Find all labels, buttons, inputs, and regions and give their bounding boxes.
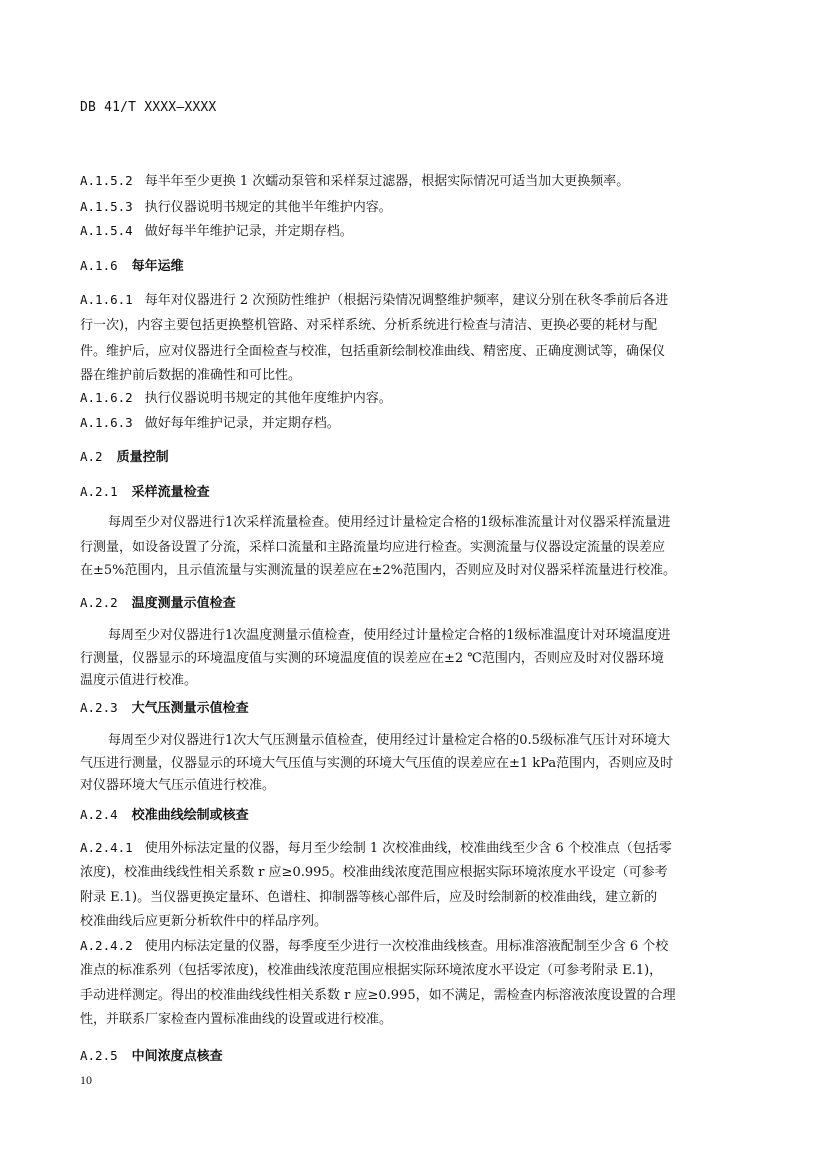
paragraph-line: 校准曲线后应更新分析软件中的样品序列。 bbox=[80, 914, 327, 930]
paragraph-line: A.1.5.2每半年至少更换 1 次蠕动泵管和采样泵过滤器，根据实际情况可适当加… bbox=[80, 173, 629, 190]
line-text: 准点的标准系列（包括零浓度)，校准曲线浓度范围应根据实际环境浓度水平设定（可参考… bbox=[80, 963, 662, 978]
line-text: 器在维护前后数据的准确性和可比性。 bbox=[80, 368, 301, 383]
section-heading: A.2.3大气压测量示值检查 bbox=[80, 700, 249, 717]
paragraph-line: 浓度)，校准曲线线性相关系数 r 应≥0.995。校准曲线浓度范围应根据实际环境… bbox=[80, 865, 668, 881]
clause-number: A.2.4.1 bbox=[80, 840, 133, 855]
paragraph-line: A.1.6.3做好每年维护记录，并定期存档。 bbox=[80, 415, 340, 432]
paragraph-line: A.1.5.3执行仪器说明书规定的其他半年维护内容。 bbox=[80, 199, 392, 216]
section-heading: A.2.2温度测量示值检查 bbox=[80, 595, 236, 612]
paragraph-line: 温度示值进行校准。 bbox=[80, 673, 197, 689]
line-text: 做好每半年维护记录，并定期存档。 bbox=[145, 224, 353, 239]
clause-number: A.2.1 bbox=[80, 484, 118, 499]
heading-text: 大气压测量示值检查 bbox=[132, 701, 249, 716]
paragraph-line: 每周至少对仪器进行1次温度测量示值检查，使用经过计量检定合格的1级标准温度计对环… bbox=[108, 628, 671, 644]
heading-text: 每年运维 bbox=[132, 259, 184, 274]
clause-number: A.1.6.1 bbox=[80, 292, 133, 307]
line-text: 附录 E.1)。当仪器更换定量环、色谱柱、抑制器等核心部件后，应及时绘制新的校准… bbox=[80, 890, 657, 905]
paragraph-line: 每周至少对仪器进行1次采样流量检查。使用经过计量检定合格的1级标准流量计对仪器采… bbox=[108, 515, 671, 531]
section-heading: A.1.6每年运维 bbox=[80, 258, 184, 275]
line-text: 做好每年维护记录，并定期存档。 bbox=[145, 416, 340, 431]
paragraph-line: 准点的标准系列（包括零浓度)，校准曲线浓度范围应根据实际环境浓度水平设定（可参考… bbox=[80, 963, 662, 979]
paragraph-line: A.2.4.1使用外标法定量的仪器，每月至少绘制 1 次校准曲线，校准曲线至少含… bbox=[80, 840, 672, 857]
clause-number: A.1.6.2 bbox=[80, 390, 133, 405]
line-text: 每年对仪器进行 2 次预防性维护（根据污染情况调整维护频率，建议分别在秋冬季前后… bbox=[145, 293, 669, 308]
line-text: 行一次)，内容主要包括更换整机管路、对采样系统、分析系统进行检查与清洁、更换必要… bbox=[80, 318, 657, 333]
paragraph-line: 行测量，如设备设置了分流，采样口流量和主路流量均应进行检查。实测流量与仪器设定流… bbox=[80, 540, 665, 556]
paragraph-line: A.1.6.2执行仪器说明书规定的其他年度维护内容。 bbox=[80, 390, 392, 407]
paragraph-line: 器在维护前后数据的准确性和可比性。 bbox=[80, 368, 301, 384]
paragraph-line: 行测量，仪器显示的环境温度值与实测的环境温度值的误差应在±2 ℃范围内，否则应及… bbox=[80, 651, 664, 667]
paragraph-line: A.1.5.4做好每半年维护记录，并定期存档。 bbox=[80, 223, 353, 240]
clause-number: A.1.6 bbox=[80, 258, 118, 273]
line-text: 使用外标法定量的仪器，每月至少绘制 1 次校准曲线，校准曲线至少含 6 个校准点… bbox=[145, 841, 672, 856]
line-text: 性，并联系厂家检查内置标准曲线的设置或进行校准。 bbox=[80, 1012, 392, 1027]
heading-text: 温度测量示值检查 bbox=[132, 596, 236, 611]
paragraph-line: 对仪器环境大气压示值进行校准。 bbox=[80, 778, 275, 794]
line-text: 行测量，如设备设置了分流，采样口流量和主路流量均应进行检查。实测流量与仪器设定流… bbox=[80, 540, 665, 555]
clause-number: A.2.3 bbox=[80, 700, 118, 715]
section-heading: A.2.1采样流量检查 bbox=[80, 484, 210, 501]
paragraph-line: 件。维护后，应对仪器进行全面检查与校准，包括重新绘制校准曲线、精密度、正确度测试… bbox=[80, 344, 665, 360]
line-text: 手动进样测定。得出的校准曲线线性相关系数 r 应≥0.995，如不满足，需检查内… bbox=[80, 988, 676, 1003]
line-text: 执行仪器说明书规定的其他半年维护内容。 bbox=[145, 200, 392, 215]
line-text: 每半年至少更换 1 次蠕动泵管和采样泵过滤器，根据实际情况可适当加大更换频率。 bbox=[145, 174, 630, 189]
clause-number: A.2.2 bbox=[80, 595, 118, 610]
line-text: 气压进行测量，仪器显示的环境大气压值与实测的环境大气压值的误差应在±1 kPa范… bbox=[80, 756, 673, 771]
line-text: 每周至少对仪器进行1次采样流量检查。使用经过计量检定合格的1级标准流量计对仪器采… bbox=[108, 515, 671, 530]
heading-text: 质量控制 bbox=[117, 450, 169, 465]
clause-number: A.2.4 bbox=[80, 807, 118, 822]
page-number: 10 bbox=[80, 1073, 92, 1088]
line-text: 温度示值进行校准。 bbox=[80, 673, 197, 688]
paragraph-line: 行一次)，内容主要包括更换整机管路、对采样系统、分析系统进行检查与清洁、更换必要… bbox=[80, 318, 657, 334]
clause-number: A.1.6.3 bbox=[80, 415, 133, 430]
line-text: 校准曲线后应更新分析软件中的样品序列。 bbox=[80, 914, 327, 929]
paragraph-line: A.1.6.1每年对仪器进行 2 次预防性维护（根据污染情况调整维护频率，建议分… bbox=[80, 292, 668, 309]
paragraph-line: 性，并联系厂家检查内置标准曲线的设置或进行校准。 bbox=[80, 1012, 392, 1028]
clause-number: A.1.5.4 bbox=[80, 223, 133, 238]
section-heading: A.2.5中间浓度点核查 bbox=[80, 1048, 223, 1065]
line-text: 在±5%范围内，且示值流量与实测流量的误差应在±2%范围内，否则应及时对仪器采样… bbox=[80, 563, 676, 578]
section-heading: A.2.4校准曲线绘制或核查 bbox=[80, 807, 249, 824]
line-text: 行测量，仪器显示的环境温度值与实测的环境温度值的误差应在±2 ℃范围内，否则应及… bbox=[80, 651, 664, 666]
heading-text: 采样流量检查 bbox=[132, 485, 210, 500]
line-text: 件。维护后，应对仪器进行全面检查与校准，包括重新绘制校准曲线、精密度、正确度测试… bbox=[80, 344, 665, 359]
line-text: 每周至少对仪器进行1次温度测量示值检查，使用经过计量检定合格的1级标准温度计对环… bbox=[108, 628, 671, 643]
paragraph-line: 附录 E.1)。当仪器更换定量环、色谱柱、抑制器等核心部件后，应及时绘制新的校准… bbox=[80, 890, 657, 906]
paragraph-line: 手动进样测定。得出的校准曲线线性相关系数 r 应≥0.995，如不满足，需检查内… bbox=[80, 988, 676, 1004]
line-text: 执行仪器说明书规定的其他年度维护内容。 bbox=[145, 391, 392, 406]
document-page: DB 41/T XXXX—XXXX A.1.5.2每半年至少更换 1 次蠕动泵管… bbox=[0, 0, 826, 1169]
paragraph-line: 气压进行测量，仪器显示的环境大气压值与实测的环境大气压值的误差应在±1 kPa范… bbox=[80, 756, 673, 772]
heading-text: 校准曲线绘制或核查 bbox=[132, 808, 249, 823]
section-heading: A.2质量控制 bbox=[80, 449, 169, 466]
paragraph-line: 每周至少对仪器进行1次大气压测量示值检查，使用经过计量检定合格的0.5级标准气压… bbox=[108, 733, 670, 749]
clause-number: A.1.5.3 bbox=[80, 199, 133, 214]
paragraph-line: A.2.4.2使用内标法定量的仪器，每季度至少进行一次校准曲线核查。用标准溶液配… bbox=[80, 938, 668, 955]
clause-number: A.1.5.2 bbox=[80, 173, 133, 188]
clause-number: A.2.5 bbox=[80, 1048, 118, 1063]
heading-text: 中间浓度点核查 bbox=[132, 1049, 223, 1064]
clause-number: A.2.4.2 bbox=[80, 938, 133, 953]
line-text: 对仪器环境大气压示值进行校准。 bbox=[80, 778, 275, 793]
line-text: 每周至少对仪器进行1次大气压测量示值检查，使用经过计量检定合格的0.5级标准气压… bbox=[108, 733, 670, 748]
line-text: 浓度)，校准曲线线性相关系数 r 应≥0.995。校准曲线浓度范围应根据实际环境… bbox=[80, 865, 668, 880]
paragraph-line: 在±5%范围内，且示值流量与实测流量的误差应在±2%范围内，否则应及时对仪器采样… bbox=[80, 563, 676, 579]
line-text: 使用内标法定量的仪器，每季度至少进行一次校准曲线核查。用标准溶液配制至少含 6 … bbox=[145, 939, 669, 954]
document-code-header: DB 41/T XXXX—XXXX bbox=[80, 100, 216, 115]
clause-number: A.2 bbox=[80, 449, 103, 464]
